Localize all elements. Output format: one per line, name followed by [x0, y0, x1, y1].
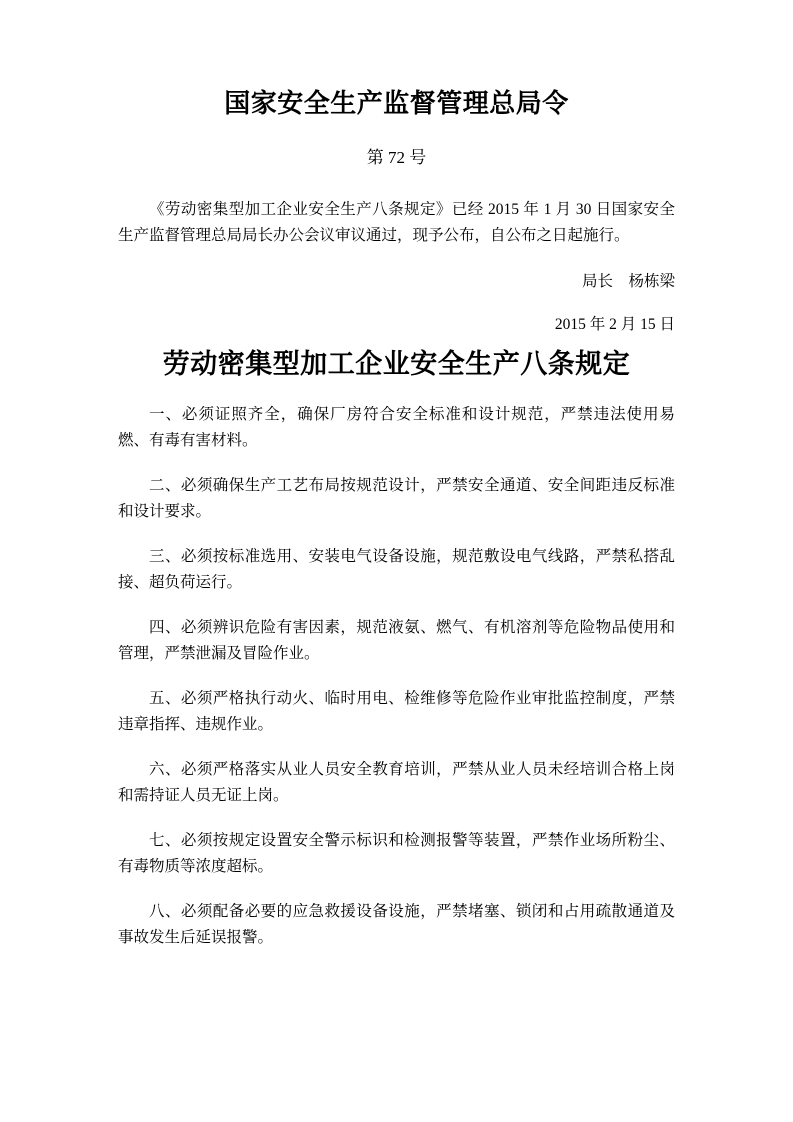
- regulation-title: 劳动密集型加工企业安全生产八条规定: [118, 347, 675, 381]
- document-page: 国家安全生产监督管理总局令 第 72 号 《劳动密集型加工企业安全生产八条规定》…: [0, 0, 793, 1122]
- document-title: 国家安全生产监督管理总局令: [118, 88, 675, 120]
- signature-line: 局长 杨栋梁: [118, 269, 675, 295]
- regulation-item-4: 四、必须辨识危险有害因素，规范液氨、燃气、有机溶剂等危险物品使用和管理，严禁泄漏…: [118, 615, 675, 667]
- regulation-item-5: 五、必须严格执行动火、临时用电、检维修等危险作业审批监控制度，严禁违章指挥、违规…: [118, 686, 675, 738]
- regulation-item-2: 二、必须确保生产工艺布局按规范设计，严禁安全通道、安全间距违反标准和设计要求。: [118, 473, 675, 525]
- regulation-item-6: 六、必须严格落实从业人员安全教育培训，严禁从业人员未经培训合格上岗和需持证人员无…: [118, 757, 675, 809]
- date-line: 2015 年 2 月 15 日: [118, 312, 675, 338]
- regulation-items: 一、必须证照齐全，确保厂房符合安全标准和设计规范，严禁违法使用易燃、有毒有害材料…: [118, 402, 675, 951]
- regulation-item-3: 三、必须按标准选用、安装电气设备设施，规范敷设电气线路，严禁私搭乱接、超负荷运行…: [118, 544, 675, 596]
- regulation-item-8: 八、必须配备必要的应急救援设备设施，严禁堵塞、锁闭和占用疏散通道及事故发生后延误…: [118, 899, 675, 951]
- regulation-item-1: 一、必须证照齐全，确保厂房符合安全标准和设计规范，严禁违法使用易燃、有毒有害材料…: [118, 402, 675, 454]
- intro-paragraph: 《劳动密集型加工企业安全生产八条规定》已经 2015 年 1 月 30 日国家安…: [118, 197, 675, 249]
- regulation-item-7: 七、必须按规定设置安全警示标识和检测报警等装置，严禁作业场所粉尘、有毒物质等浓度…: [118, 828, 675, 880]
- document-number: 第 72 号: [118, 147, 675, 168]
